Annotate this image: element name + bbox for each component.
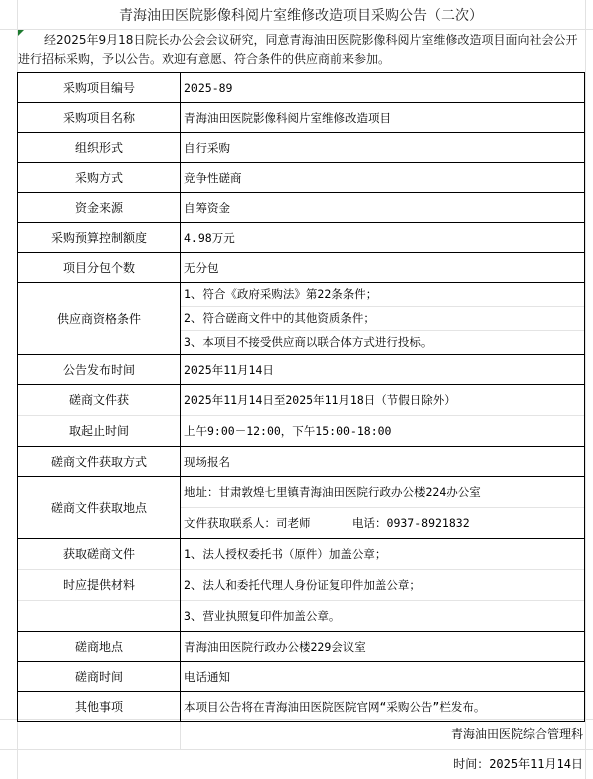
- material-item: 1、法人授权委托书（原件）加盖公章；: [181, 539, 584, 570]
- table-row: 采购预算控制额度 4.98万元: [18, 223, 585, 253]
- row-label: 项目分包个数: [18, 253, 181, 283]
- row-label: 采购预算控制额度: [18, 223, 181, 253]
- row-label: 供应商资格条件: [18, 283, 181, 355]
- table-row: 磋商时间 电话通知: [18, 662, 585, 692]
- row-label: 资金来源: [18, 193, 181, 223]
- address-line: 地址：甘肃敦煌七里镇青海油田医院行政办公楼224办公室: [181, 477, 584, 508]
- row-value: 青海油田医院影像科阅片室维修改造项目: [181, 103, 585, 133]
- issuer-name: 青海油田医院综合管理科: [451, 720, 583, 749]
- row-value: 1、法人授权委托书（原件）加盖公章； 2、法人和委托代理人身份证复印件加盖公章；…: [181, 539, 585, 632]
- row-value: 自筹资金: [181, 193, 585, 223]
- spreadsheet-sheet: 青海油田医院影像科阅片室维修改造项目采购公告（二次） 经2025年9月18日院长…: [0, 0, 593, 779]
- row-value: 2025年11月14日: [181, 355, 585, 385]
- row-label: 公告发布时间: [18, 355, 181, 385]
- material-item: 3、营业执照复印件加盖公章。: [181, 601, 584, 631]
- row-value: 2025-89: [181, 73, 585, 103]
- issue-date: 时间：2025年11月14日: [453, 750, 583, 779]
- contact-line: 文件获取联系人：司老师 电话：0937-8921832: [181, 508, 584, 538]
- row-label: 组织形式: [18, 133, 181, 163]
- row-label: 磋商文件获取方式: [18, 447, 181, 477]
- row-value: 自行采购: [181, 133, 585, 163]
- row-label: 采购项目编号: [18, 73, 181, 103]
- qualification-item: 2、符合磋商文件中的其他资质条件；: [181, 307, 584, 331]
- row-value: 青海油田医院行政办公楼229会议室: [181, 632, 585, 662]
- row-value: 2025年11月14日至2025年11月18日（节假日除外） 上午9:00－12…: [181, 385, 585, 447]
- gridline: [0, 29, 593, 30]
- value-line: 上午9:00－12:00，下午15:00-18:00: [181, 416, 584, 446]
- row-label-line: 磋商文件获: [18, 385, 180, 416]
- row-label: 采购方式: [18, 163, 181, 193]
- table-row: 项目分包个数 无分包: [18, 253, 585, 283]
- table-row: 获取磋商文件 时应提供材料 1、法人授权委托书（原件）加盖公章； 2、法人和委托…: [18, 539, 585, 632]
- row-value: 本项目公告将在青海油田医院医院官网“采购公告”栏发布。: [181, 692, 585, 722]
- row-value: 4.98万元: [181, 223, 585, 253]
- table-row: 采购方式 竞争性磋商: [18, 163, 585, 193]
- row-value: 电话通知: [181, 662, 585, 692]
- row-label: 其他事项: [18, 692, 181, 722]
- row-value: 竞争性磋商: [181, 163, 585, 193]
- row-label: 磋商文件获 取起止时间: [18, 385, 181, 447]
- table-row: 其他事项 本项目公告将在青海油田医院医院官网“采购公告”栏发布。: [18, 692, 585, 722]
- intro-paragraph: 经2025年9月18日院长办公会会议研究，同意青海油田医院影像科阅片室维修改造项…: [18, 31, 585, 72]
- row-label-line: 时应提供材料: [18, 570, 180, 601]
- table-row: 磋商文件获取地点 地址：甘肃敦煌七里镇青海油田医院行政办公楼224办公室 文件获…: [18, 477, 585, 539]
- table-row: 磋商文件获取方式 现场报名: [18, 447, 585, 477]
- row-label: 磋商地点: [18, 632, 181, 662]
- row-label: 获取磋商文件 时应提供材料: [18, 539, 181, 632]
- row-value: 无分包: [181, 253, 585, 283]
- row-label-line: 取起止时间: [18, 416, 180, 446]
- row-label: 采购项目名称: [18, 103, 181, 133]
- qualification-item: 3、本项目不接受供应商以联合体方式进行投标。: [181, 331, 584, 354]
- material-item: 2、法人和委托代理人身份证复印件加盖公章；: [181, 570, 584, 601]
- table-row: 供应商资格条件 1、符合《政府采购法》第22条条件； 2、符合磋商文件中的其他资…: [18, 283, 585, 355]
- qualification-item: 1、符合《政府采购法》第22条条件；: [181, 283, 584, 307]
- table-row: 采购项目编号 2025-89: [18, 73, 585, 103]
- procurement-table: 采购项目编号 2025-89 采购项目名称 青海油田医院影像科阅片室维修改造项目…: [17, 72, 585, 722]
- row-value: 现场报名: [181, 447, 585, 477]
- value-line: 2025年11月14日至2025年11月18日（节假日除外）: [181, 385, 584, 416]
- row-label: 磋商时间: [18, 662, 181, 692]
- row-label-line: 获取磋商文件: [18, 539, 180, 570]
- gridline: [585, 0, 586, 779]
- table-row: 组织形式 自行采购: [18, 133, 585, 163]
- table-row: 公告发布时间 2025年11月14日: [18, 355, 585, 385]
- row-label-line: [18, 601, 180, 631]
- table-row: 磋商文件获 取起止时间 2025年11月14日至2025年11月18日（节假日除…: [18, 385, 585, 447]
- table-row: 资金来源 自筹资金: [18, 193, 585, 223]
- table-row: 采购项目名称 青海油田医院影像科阅片室维修改造项目: [18, 103, 585, 133]
- row-label: 磋商文件获取地点: [18, 477, 181, 539]
- page-title: 青海油田医院影像科阅片室维修改造项目采购公告（二次）: [17, 0, 585, 29]
- row-value: 1、符合《政府采购法》第22条条件； 2、符合磋商文件中的其他资质条件； 3、本…: [181, 283, 585, 355]
- row-value: 地址：甘肃敦煌七里镇青海油田医院行政办公楼224办公室 文件获取联系人：司老师 …: [181, 477, 585, 539]
- table-row: 磋商地点 青海油田医院行政办公楼229会议室: [18, 632, 585, 662]
